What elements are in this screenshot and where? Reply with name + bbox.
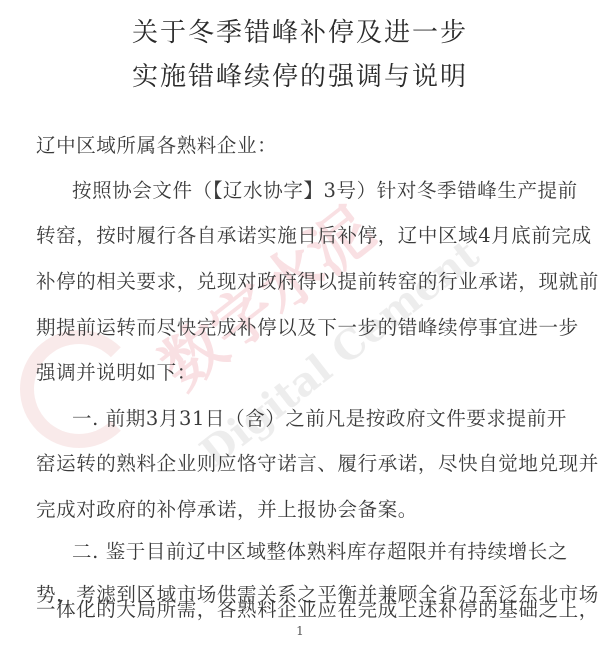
document-title-line-1: 关于冬季错峰补停及进一步: [0, 12, 600, 49]
document-title-line-2: 实施错峰续停的强调与说明: [0, 56, 600, 93]
body-line: 按照协会文件（【辽水协字】3号）针对冬季错峰生产提前: [72, 179, 600, 203]
body-line: 转窑，按时履行各自承诺实施日后补停，辽中区域4月底前完成: [36, 224, 566, 248]
section-one-line: 完成对政府的补停承诺，并上报协会备案。: [36, 498, 566, 522]
section-one-line: 一. 前期3月31日（含）之前凡是按政府文件要求提前开: [72, 407, 600, 431]
body-line: 补停的相关要求，兑现对政府得以提前转窑的行业承诺，现就前: [36, 270, 566, 294]
page-number: 1: [0, 624, 600, 638]
section-two-line: 二. 鉴于目前辽中区域整体熟料库存超限并有持续增长之: [72, 540, 600, 564]
salutation: 辽中区域所属各熟料企业：: [36, 134, 566, 158]
watermark-text-en: Digital Cement: [191, 231, 487, 477]
section-one-line: 窑运转的熟料企业则应恪守诺言、履行承诺，尽快自觉地兑现并: [36, 452, 566, 476]
body-line: 强调并说明如下：: [36, 361, 566, 385]
document-page: 数字水泥 Digital Cement 关于冬季错峰补停及进一步 实施错峰续停的…: [0, 0, 600, 656]
section-two-line: 一体化的大局所需，各熟料企业应在完成上述补停的基础之上，: [36, 598, 566, 622]
body-line: 期提前运转而尽快完成补停以及下一步的错峰续停事宜进一步: [36, 316, 566, 340]
